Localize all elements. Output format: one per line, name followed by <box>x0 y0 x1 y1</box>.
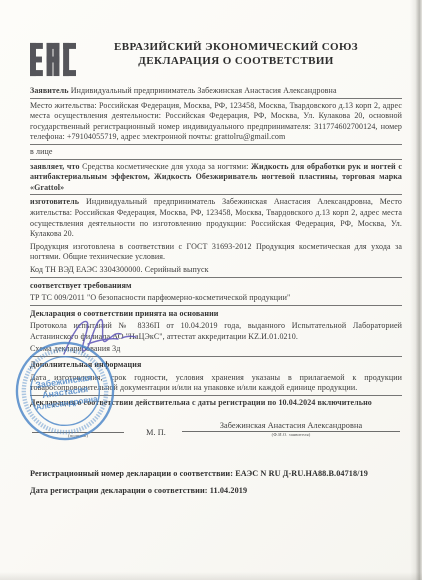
validity-row: Декларация о соответствии действительна … <box>30 398 402 409</box>
eac-mark-icon <box>30 42 76 77</box>
document-header: ЕВРАЗИЙСКИЙ ЭКОНОМИЧЕСКИЙ СОЮЗ ДЕКЛАРАЦИ… <box>30 40 402 77</box>
scan-edge-shadow-bottom <box>0 572 422 580</box>
applicant-address: Место жительства: Российская Федерация, … <box>30 101 402 145</box>
declares-intro: Средства косметические для ухода за ногт… <box>82 162 248 171</box>
gost-row: Продукция изготовлена в соответствии с Г… <box>30 242 402 263</box>
manufacturer-label: изготовитель <box>30 197 79 206</box>
tnved-row: Код ТН ВЭД ЕАЭС 3304300000. Серийный вып… <box>30 265 402 278</box>
manufacturer-row: изготовитель Индивидуальный предпринимат… <box>30 197 402 239</box>
signature-area: (подпись) М. П. Забежинская Анастасия Ал… <box>30 412 402 456</box>
applicant-signature-name: Забежинская Анастасия Александровна <box>182 420 400 431</box>
basis-scheme: Схема декларирования 3д <box>30 344 402 357</box>
registration-block: Регистрационный номер декларации о соотв… <box>30 468 402 496</box>
title-declaration: ДЕКЛАРАЦИЯ О СООТВЕТСТВИИ <box>80 54 392 68</box>
in-person-row: в лице <box>30 147 402 160</box>
scan-edge-shadow-right <box>410 0 422 580</box>
mp-seal-label: М. П. <box>138 428 174 439</box>
declares-row: заявляет, что Средства косметические для… <box>30 162 402 196</box>
scanned-declaration-document: ЕВРАЗИЙСКИЙ ЭКОНОМИЧЕСКИЙ СОЮЗ ДЕКЛАРАЦИ… <box>0 0 422 580</box>
registration-number-row: Регистрационный номер декларации о соотв… <box>30 468 402 479</box>
registration-number-value: ЕАЭС N RU Д-RU.НА88.В.04718/19 <box>235 469 368 478</box>
basis-protocol: Протокола испытаний № 8336П от 10.04.201… <box>30 321 402 342</box>
document-content: ЕВРАЗИЙСКИЙ ЭКОНОМИЧЕСКИЙ СОЮЗ ДЕКЛАРАЦИ… <box>30 40 402 496</box>
declares-label: заявляет, что <box>30 162 80 171</box>
signature-left: (подпись) <box>32 420 124 439</box>
registration-date-label: Дата регистрации декларации о соответств… <box>30 486 208 495</box>
basis-heading: Декларация о соответствии принята на осн… <box>30 309 402 320</box>
title-union: ЕВРАЗИЙСКИЙ ЭКОНОМИЧЕСКИЙ СОЮЗ <box>80 40 392 54</box>
applicant-label: Заявитель <box>30 86 69 95</box>
page-title: ЕВРАЗИЙСКИЙ ЭКОНОМИЧЕСКИЙ СОЮЗ ДЕКЛАРАЦИ… <box>76 40 402 68</box>
registration-date-value: 11.04.2019 <box>210 486 247 495</box>
compliance-value: ТР ТС 009/2011 "О безопасности парфюмерн… <box>30 293 402 306</box>
additional-text: Дата изготовления, срок годности, услови… <box>30 373 402 396</box>
signature-right: Забежинская Анастасия Александровна (Ф.И… <box>182 420 400 438</box>
name-caption: (Ф.И.О. заявителя) <box>182 432 400 438</box>
registration-date-row: Дата регистрации декларации о соответств… <box>30 485 402 496</box>
additional-heading: Дополнительная информация <box>30 360 402 371</box>
compliance-heading: соответствует требованиям <box>30 281 402 292</box>
applicant-value: Индивидуальный предприниматель Забежинск… <box>71 86 337 95</box>
signature-caption: (подпись) <box>32 433 124 439</box>
manufacturer-value: Индивидуальный предприниматель Забежинск… <box>30 197 402 238</box>
registration-number-label: Регистрационный номер декларации о соотв… <box>30 469 233 478</box>
applicant-row: Заявитель Индивидуальный предприниматель… <box>30 86 402 99</box>
